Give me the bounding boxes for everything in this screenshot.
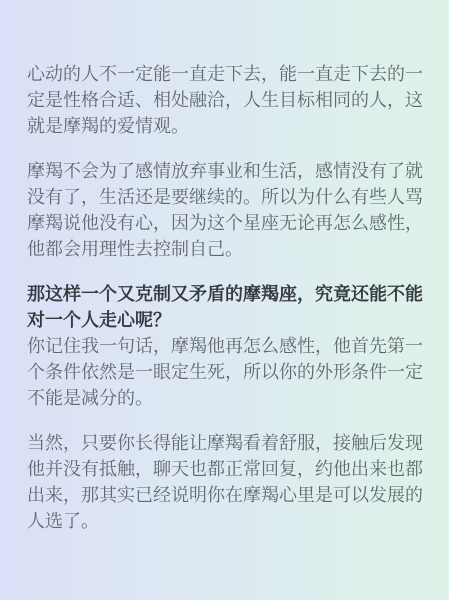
- question-answer: 你记住我一句话，摩羯他再怎么感性，他首先第一 个条件依然是一眼定生死，所以你的外…: [27, 333, 423, 411]
- paragraph-conclusion: 当然，只要你长得能让摩羯看着舒服，接触后发现 他并没有抵触，聊天也都正常回复，约…: [27, 430, 423, 534]
- paragraph-rationality: 摩羯不会为了感情放弃事业和生活，感情没有了就 没有了，生活还是要继续的。所以为什…: [27, 158, 423, 262]
- paragraph-love-view: 心动的人不一定能一直走下去，能一直走下去的一 定是性格合适、相处融洽，人生目标相…: [27, 61, 423, 139]
- text-card: 心动的人不一定能一直走下去，能一直走下去的一 定是性格合适、相处融洽，人生目标相…: [0, 0, 449, 600]
- question-heading: 那这样一个又克制又矛盾的摩羯座，究竟还能不能 对一个人走心呢？: [27, 281, 423, 333]
